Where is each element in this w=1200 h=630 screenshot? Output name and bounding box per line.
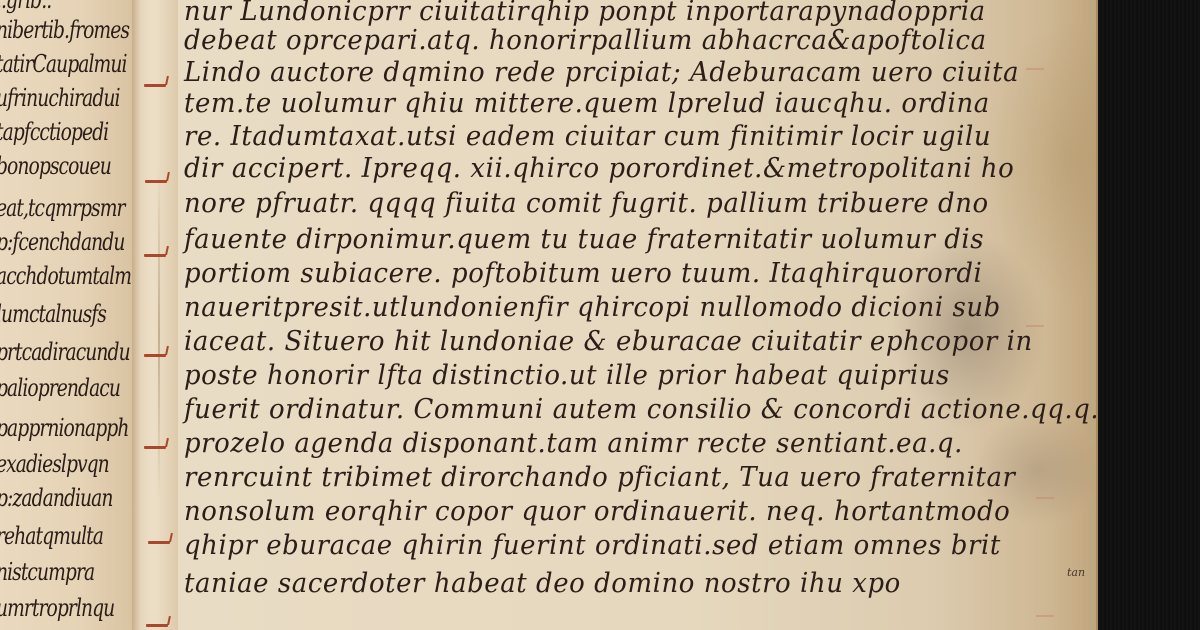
left-line: tatirCaupalmui [0,50,127,78]
left-line: ufrinuchiradui [0,84,120,112]
page-crease [158,170,160,500]
left-line: tapfcctiopedi [0,118,108,146]
text-line: prozelo agenda disponant.tam animr recte… [184,428,963,459]
rubric-mark [144,354,166,357]
rubric-mark [148,541,170,544]
left-line: papprnionapph [0,414,128,442]
left-line: umrtroprlnqu [0,594,114,622]
black-background [1098,0,1200,630]
margin-tick-mark [1026,68,1044,70]
text-line: poste honorir lfta distinctio.ut ille pr… [184,360,950,391]
text-line: dir accipert. Ipreqq. xii.qhirco porordi… [184,153,1014,184]
margin-tick-mark [1036,615,1054,617]
text-line: nur Lundonicprr ciuitatirqhip ponpt inpo… [184,0,986,27]
text-line: qhipr eburacae qhirin fuerint ordinati.s… [184,530,1001,561]
rubric-mark [144,446,166,449]
left-line: lumctalnusfs [0,300,106,328]
left-line: ..grib.. [0,0,51,14]
text-line: nore pfruatr. qqqq fiuita comit fugrit. … [184,188,989,219]
text-line: re. Itadumtaxat.utsi eadem ciuitar cum f… [184,121,991,152]
left-line: p:zadandiuan [0,484,113,512]
text-line: renrcuint tribimet dirorchando pficiant,… [184,462,1016,493]
rubric-mark [144,84,166,87]
text-line: Lindo auctore dqmino rede prcipiat; Adeb… [184,57,1019,88]
rubric-mark [144,254,166,257]
text-line: portiom subiacere. poftobitum uero tuum.… [184,258,982,289]
rubric-mark [145,180,167,183]
text-line: debeat oprcepari.atq. honorirpallium abh… [184,25,987,56]
left-line: exadieslpvqn [0,450,109,478]
left-line: nibertib.fromes [0,16,129,44]
left-page: ..grib.. nibertib.fromes tatirCaupalmui … [0,0,134,630]
left-line: prtcadiracundu [0,338,130,366]
left-line: acchdotumtalm [0,262,131,290]
left-line: nistcumpra [0,558,94,586]
text-line: nonsolum eorqhir copor quor ordinauerit.… [184,496,1010,527]
text-line: taniae sacerdoter habeat deo domino nost… [184,568,901,599]
text-line: fauente dirponimur.quem tu tuae fraterni… [184,224,984,255]
gutter-fold [132,0,180,630]
text-line: naueritpresit.utlundonienfir qhircopi nu… [184,292,1001,323]
margin-tick-mark [1026,325,1044,327]
text-line: iaceat. Situero hit lundoniae & eburacae… [184,326,1033,357]
text-line: tem.te uolumur qhiu mittere.quem lprelud… [184,88,990,119]
left-line: bonopscoueu [0,152,111,180]
margin-tick-mark [1036,497,1054,499]
left-line: eat,tcqmrpsmr [0,194,125,222]
manuscript-photo: ..grib.. nibertib.fromes tatirCaupalmui … [0,0,1200,630]
left-line: palioprendacu [0,374,120,402]
rubric-mark [146,624,168,627]
right-page: nur Lundonicprr ciuitatirqhip ponpt inpo… [178,0,1100,630]
left-line: rehatqmulta [0,522,103,550]
left-line: p:fcenchdandu [0,228,124,256]
text-line: fuerit ordinatur. Communi autem consilio… [184,394,1100,425]
marginal-note: tan [1067,566,1085,579]
